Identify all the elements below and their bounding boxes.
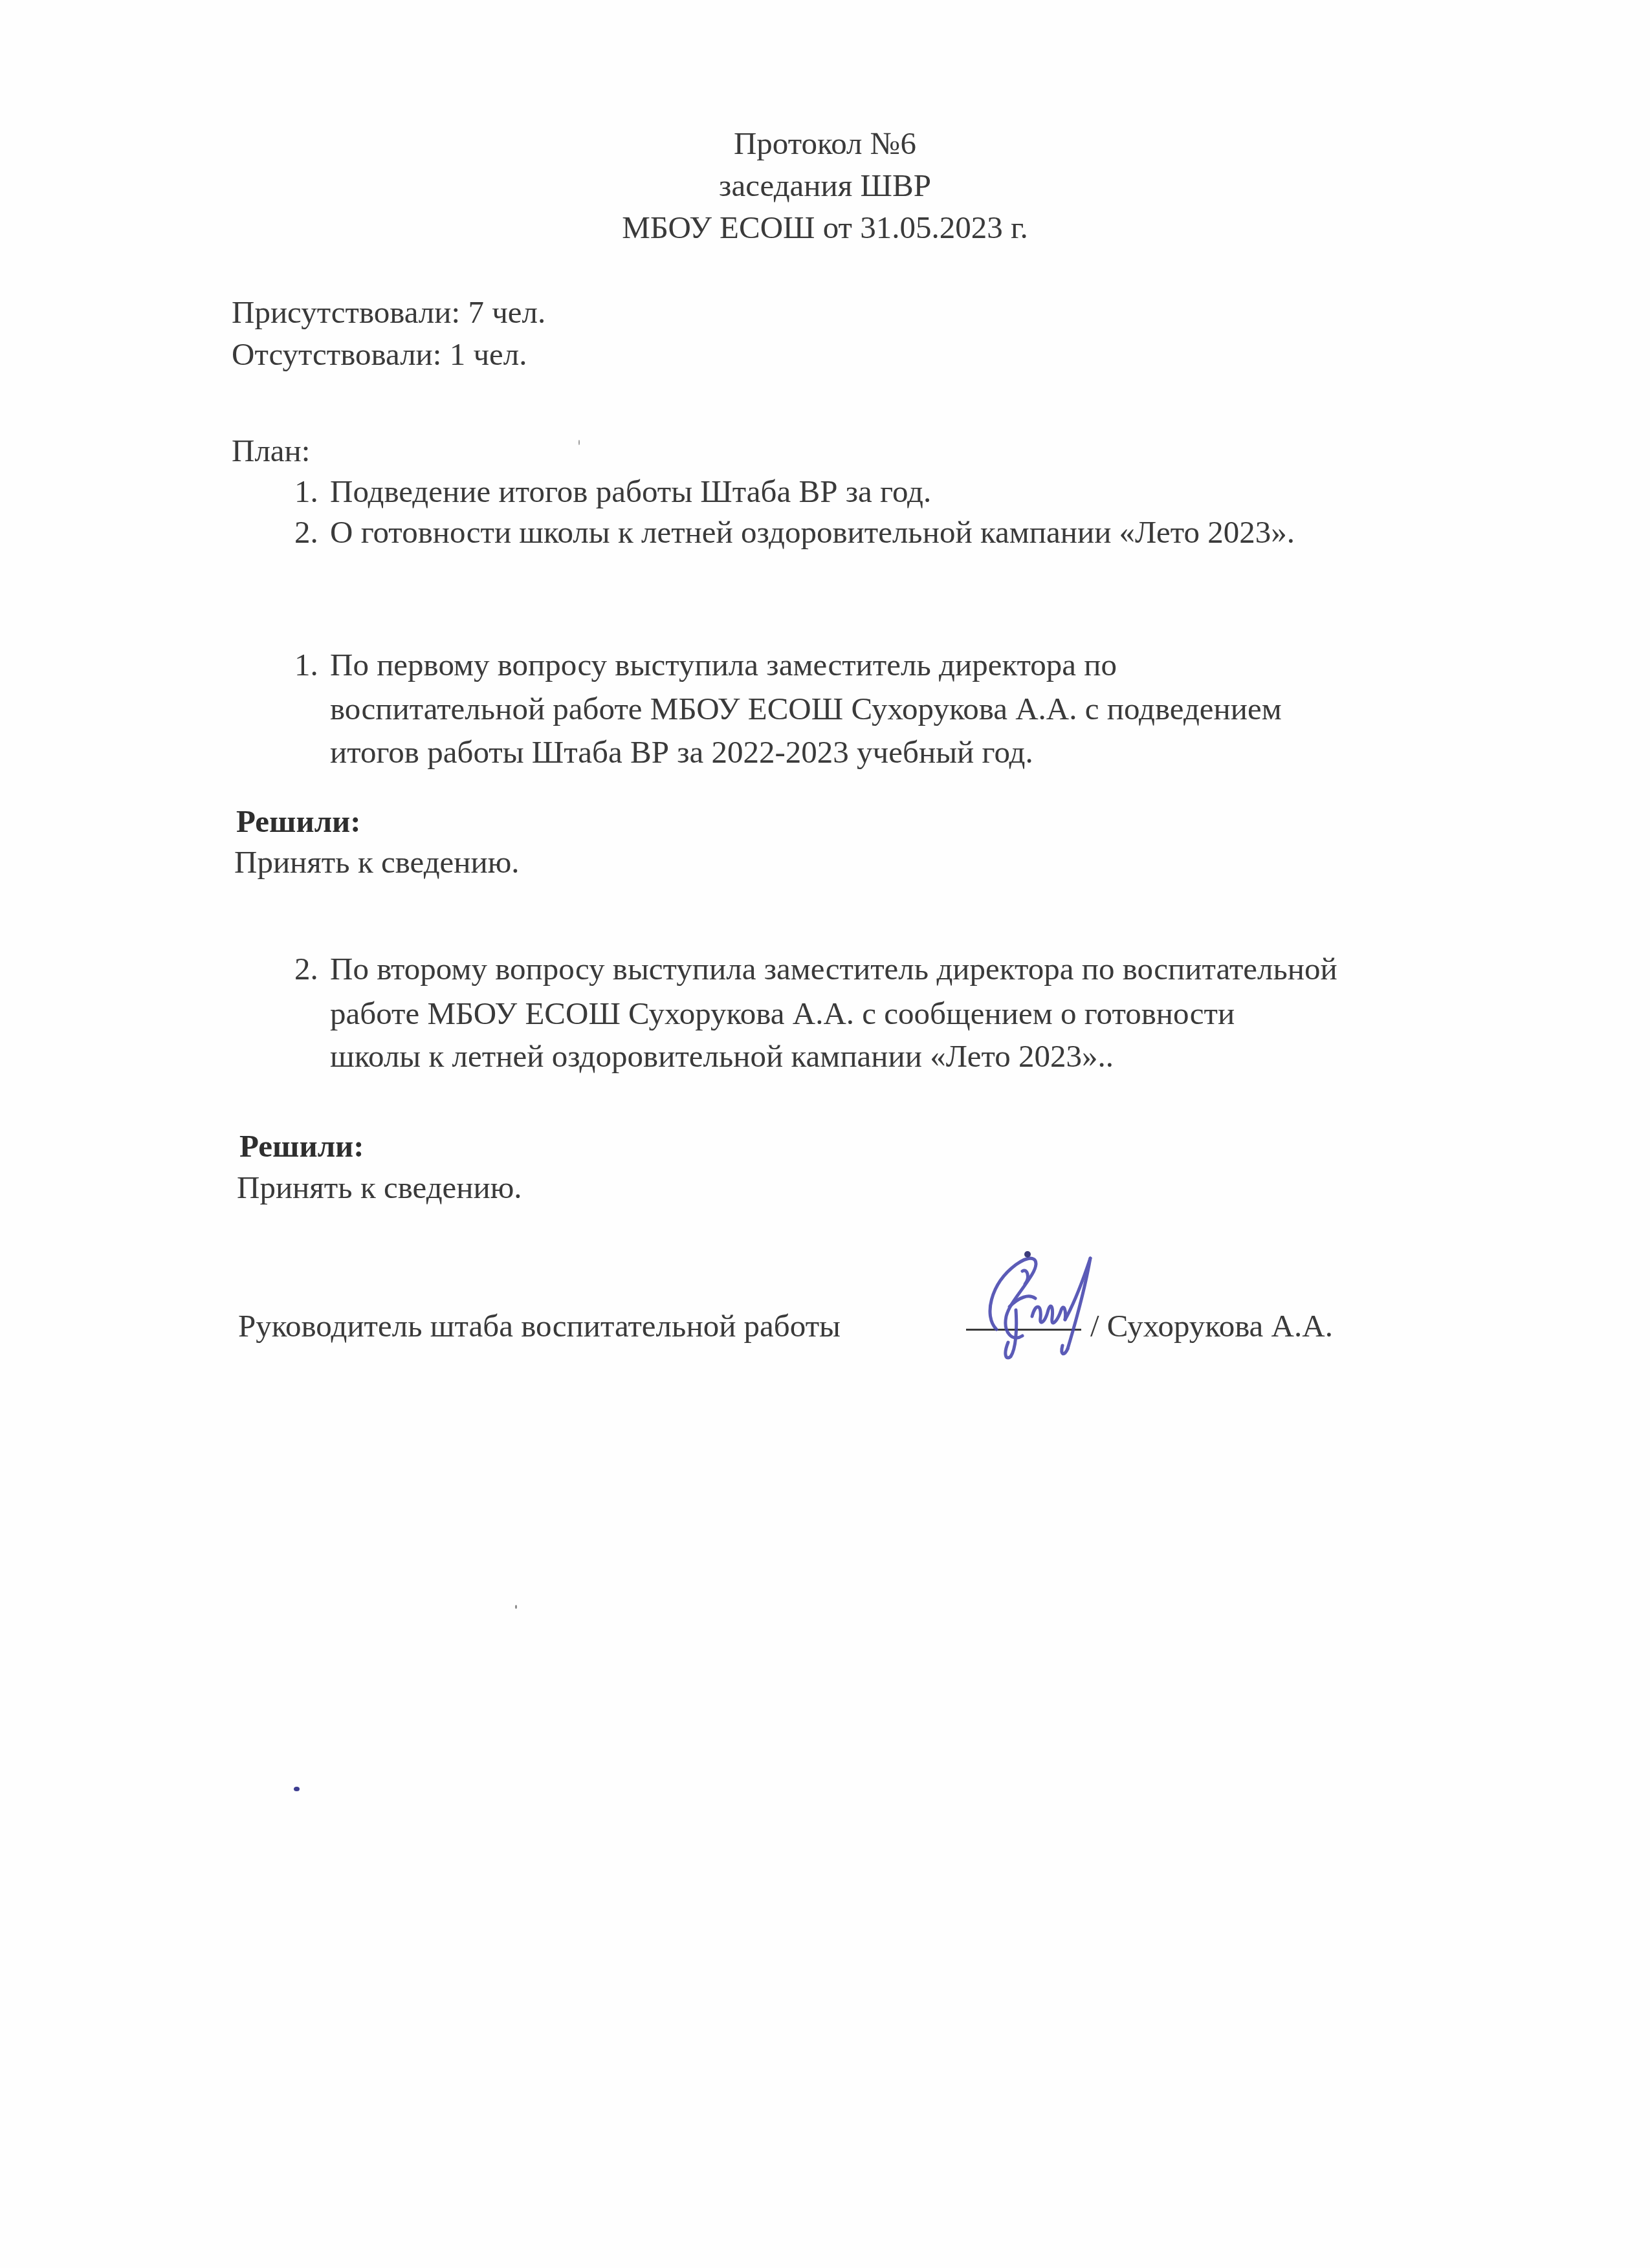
scan-speck <box>578 440 580 445</box>
plan-item-2-number: 2. <box>294 513 318 552</box>
scan-speck <box>294 1787 300 1791</box>
question-2-line-1: По второму вопросу выступила заместитель… <box>330 950 1337 988</box>
question-1-number: 1. <box>294 646 318 684</box>
plan-item-1-number: 1. <box>294 472 318 511</box>
document-page: Протокол №6 заседания ШВР МБОУ ЕСОШ от 3… <box>0 0 1650 2268</box>
decision-2-label: Решили: <box>239 1127 364 1166</box>
question-1-line-2: воспитательной работе МБОУ ЕСОШ Сухоруко… <box>330 690 1282 728</box>
question-2-number: 2. <box>294 950 318 988</box>
scan-speck <box>515 1605 517 1609</box>
question-2-line-3: школы к летней оздоровительной кампании … <box>330 1037 1114 1076</box>
handwritten-signature-icon <box>971 1245 1126 1362</box>
plan-item-1-text: Подведение итогов работы Штаба ВР за год… <box>330 472 931 511</box>
decision-1-label: Решили: <box>236 802 361 841</box>
signatory-role: Руководитель штаба воспитательной работы <box>238 1307 841 1346</box>
decision-2-text: Принять к сведению. <box>237 1168 522 1207</box>
signatory-name: / Сухорукова А.А. <box>1090 1307 1333 1346</box>
attendance-present: Присутствовали: 7 чел. <box>232 293 545 332</box>
question-1-line-3: итогов работы Штаба ВР за 2022-2023 учеб… <box>330 733 1033 772</box>
attendance-absent: Отсутствовали: 1 чел. <box>232 335 527 374</box>
plan-label: План: <box>232 431 310 470</box>
question-1-line-1: По первому вопросу выступила заместитель… <box>330 646 1117 684</box>
decision-1-text: Принять к сведению. <box>234 843 520 882</box>
plan-item-2-text: О готовности школы к летней оздоровитель… <box>330 513 1295 552</box>
title-line-1: Протокол №6 <box>0 124 1650 163</box>
question-2-line-2: работе МБОУ ЕСОШ Сухорукова А.А. с сообщ… <box>330 994 1235 1033</box>
title-line-3: МБОУ ЕСОШ от 31.05.2023 г. <box>0 208 1650 247</box>
title-line-2: заседания ШВР <box>0 166 1650 205</box>
